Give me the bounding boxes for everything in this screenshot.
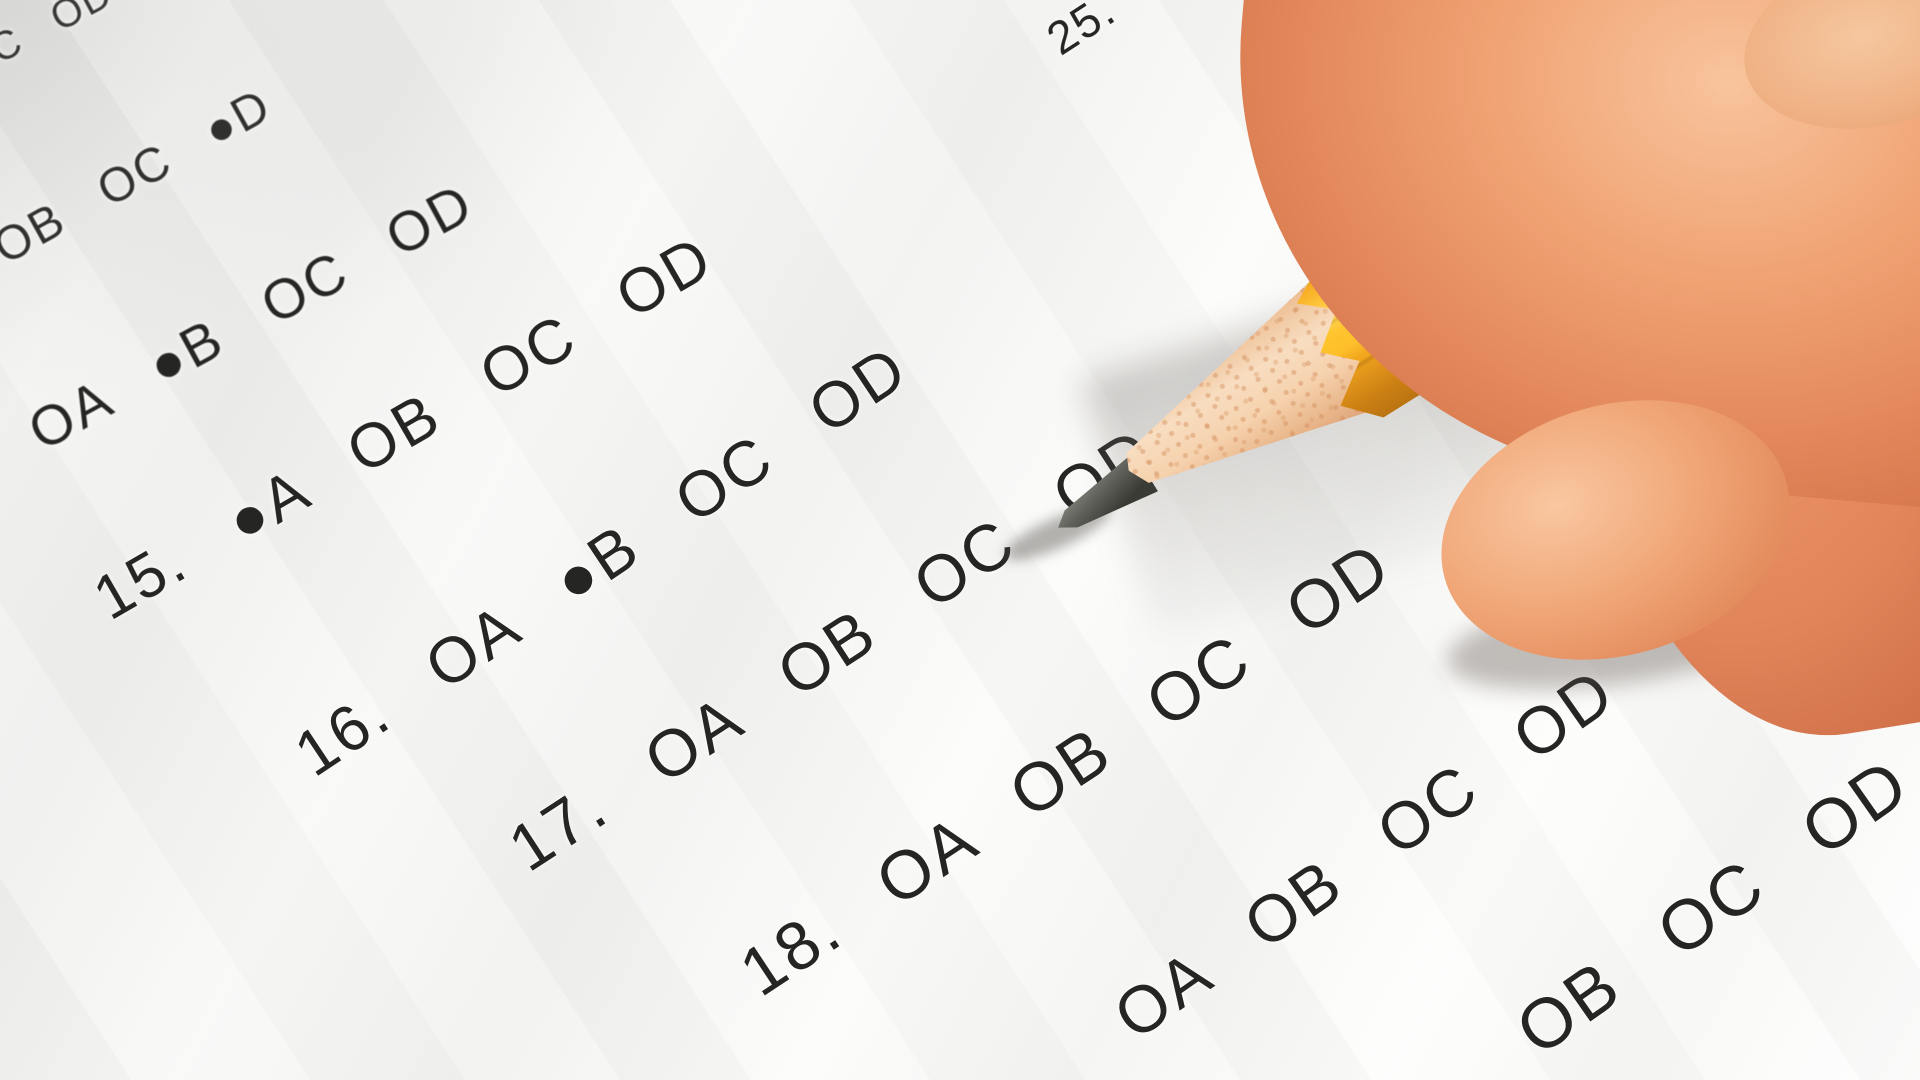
answer-row-16: 16. OA ●B OC OD bbox=[282, 332, 919, 790]
answer-row-20: OB OC OD bbox=[1503, 744, 1920, 1070]
answer-row-12-partial: OC OD bbox=[0, 0, 120, 87]
answer-row-25-number: 25. bbox=[1038, 0, 1124, 65]
answer-row-13: OB OC ●D bbox=[0, 80, 281, 276]
answer-sheet-photo: OC OD OB OC ●D OA ●B OC OD 15. ●A OB OC … bbox=[0, 0, 1920, 1080]
